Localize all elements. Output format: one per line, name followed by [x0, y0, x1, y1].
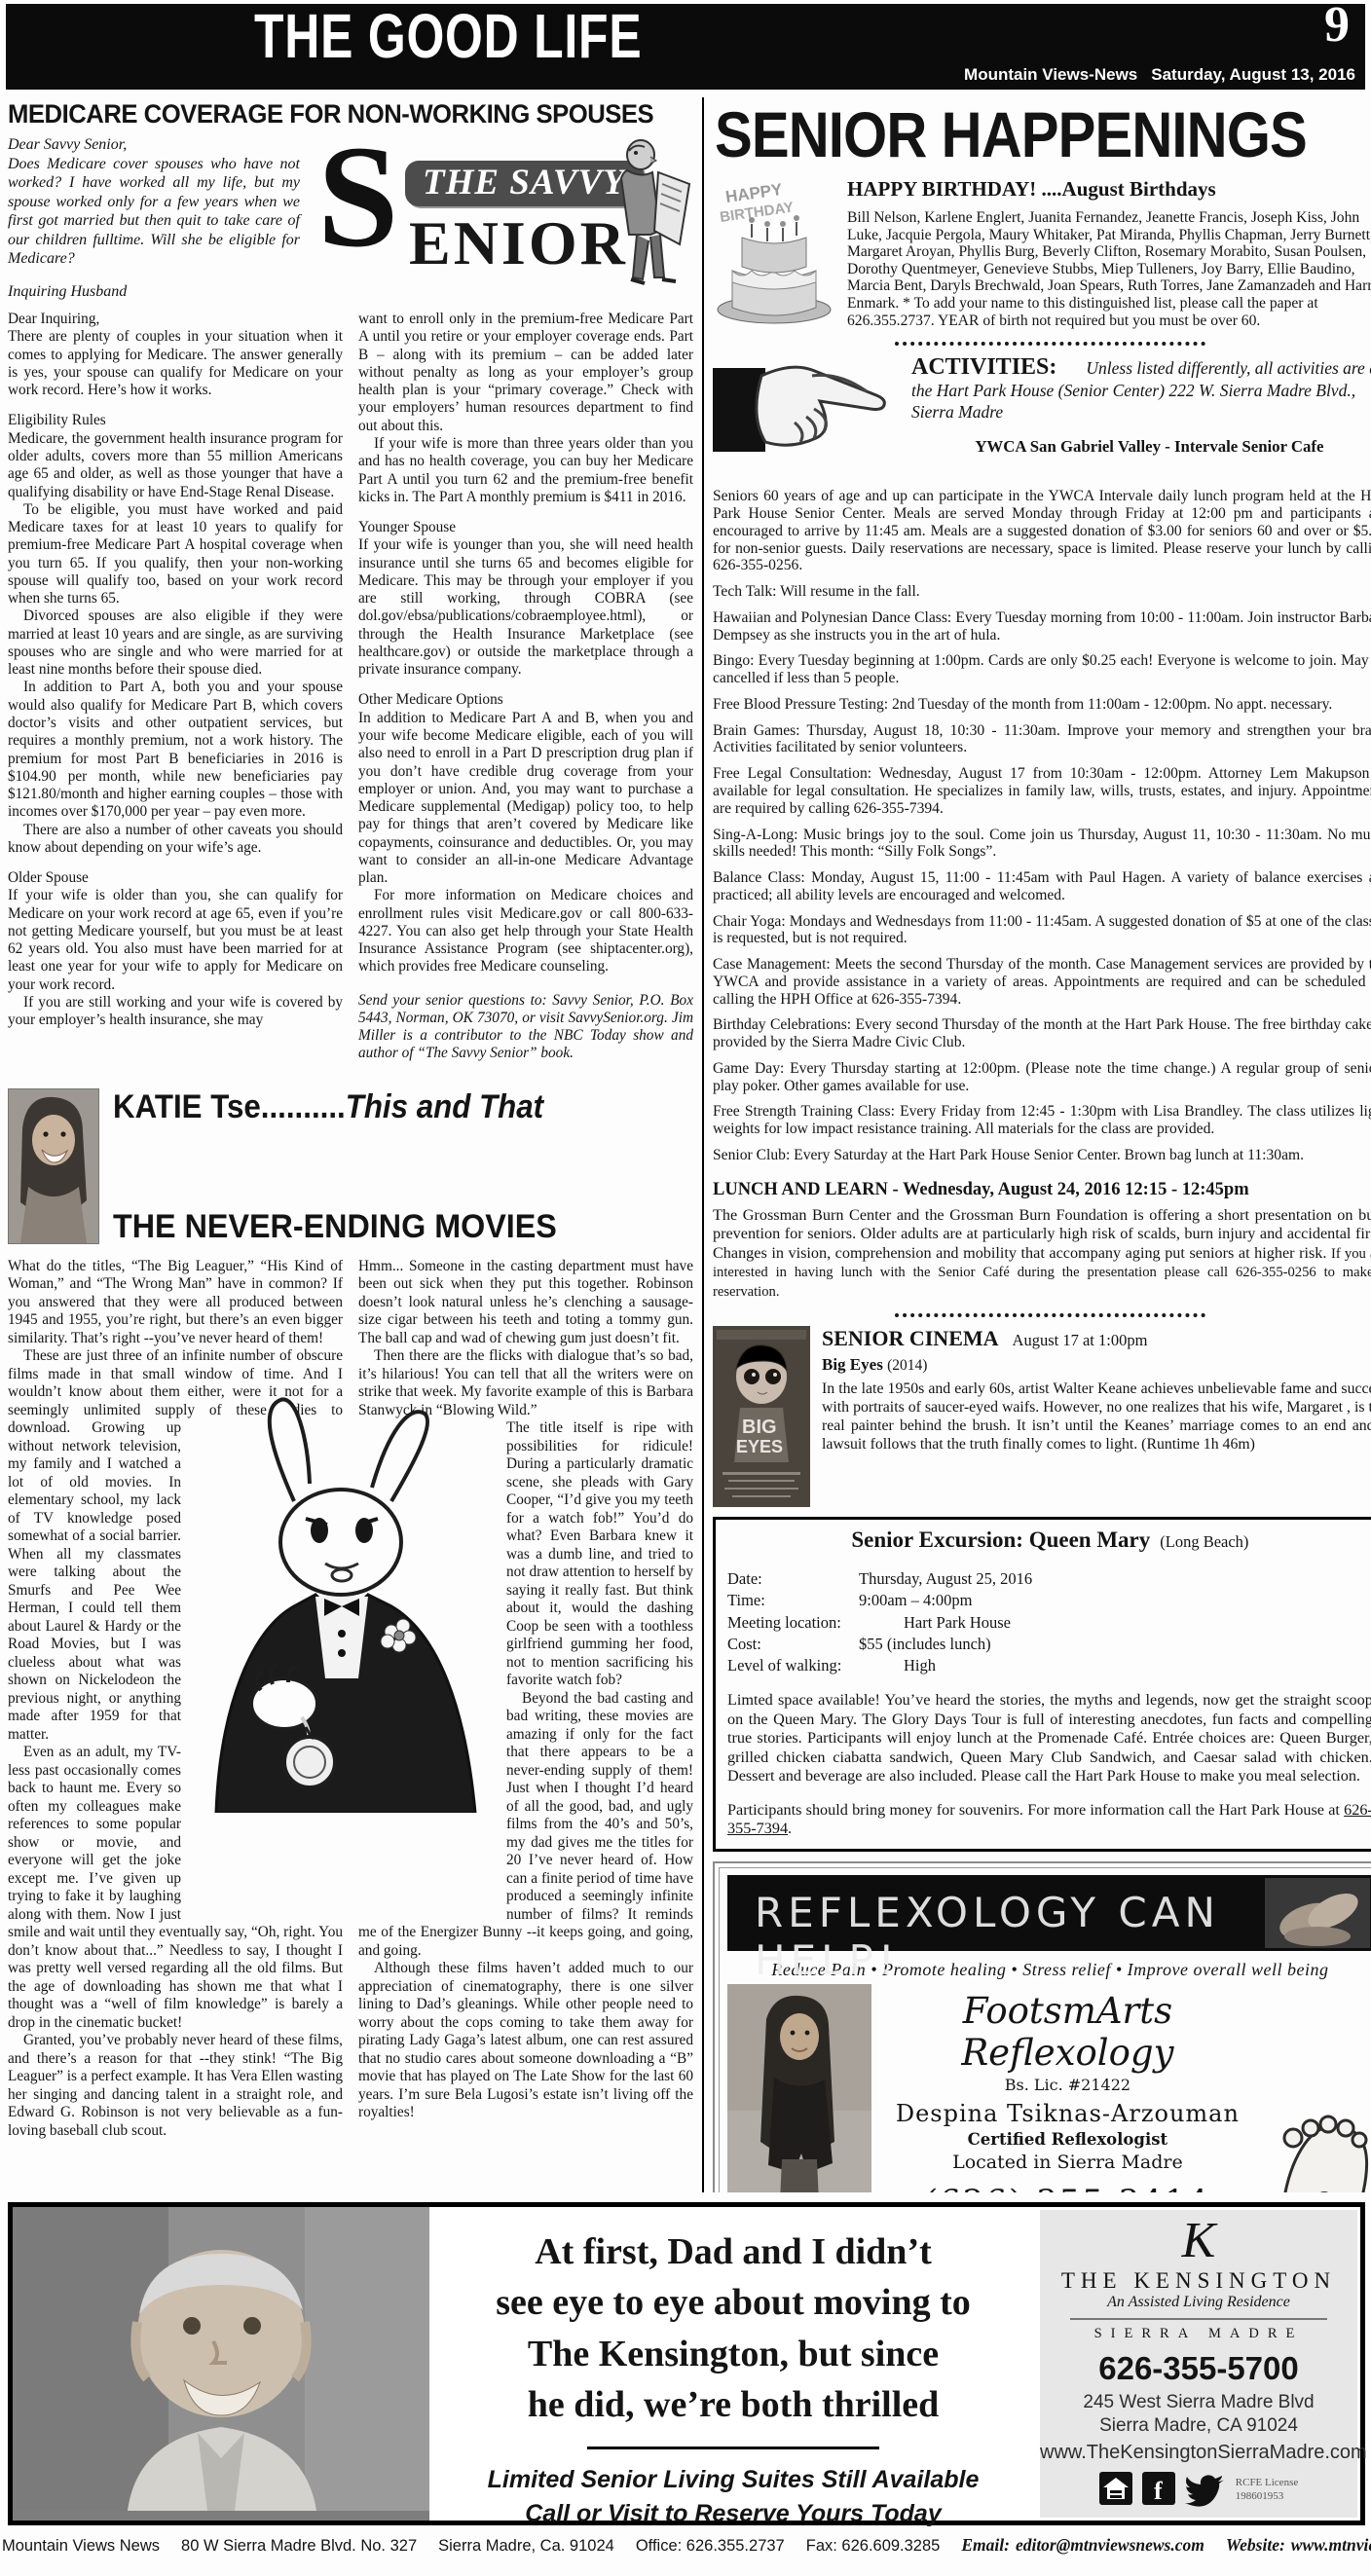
paragraph: If your wife is older than you, she can …: [8, 887, 343, 994]
paragraph: Granted, you’ve probably never heard of …: [8, 2032, 343, 2140]
medicare-intro-row: Dear Savvy Senior, Does Medicare cover s…: [8, 135, 693, 301]
activity-item: Bingo: Every Tuesday beginning at 1:00pm…: [713, 652, 1371, 687]
kensington-info-panel: K THE KENSINGTON An Assisted Living Resi…: [1040, 2210, 1357, 2518]
left-section: MEDICARE COVERAGE FOR NON-WORKING SPOUSE…: [8, 97, 693, 2192]
medicare-columns: Dear Inquiring, There are plenty of coup…: [8, 311, 693, 1063]
activity-item: Balance Class: Monday, August 15, 11:00 …: [713, 869, 1371, 904]
reflexology-text: FootsmArts Reflexology Bs. Lic. #21422 D…: [879, 1984, 1256, 2192]
paragraph: In addition to Medicare Part A and B, wh…: [358, 710, 693, 888]
activity-item: Free Legal Consultation: Wednesday, Augu…: [713, 765, 1371, 817]
pointing-hand-icon: [713, 354, 896, 473]
activity-item: Hawaiian and Polynesian Dance Class: Eve…: [713, 609, 1371, 644]
detail-value: $55 (includes lunch): [859, 1635, 991, 1653]
dotted-separator: [895, 1313, 1205, 1317]
page-content: MEDICARE COVERAGE FOR NON-WORKING SPOUSE…: [0, 90, 1371, 2192]
reflexology-content: FootsmArts Reflexology Bs. Lic. #21422 D…: [727, 1984, 1371, 2192]
footer-office: Office: 626.355.2737: [636, 2537, 785, 2556]
movies-article-title: THE NEVER-ENDING MOVIES: [113, 1208, 557, 1246]
detail-label: Cost:: [727, 1634, 859, 1655]
detail-label: Time:: [727, 1590, 859, 1611]
activity-item: Senior Club: Every Saturday at the Hart …: [713, 1147, 1371, 1164]
paragraph-part: The title itself is ripe with possibilit…: [506, 1419, 693, 1688]
facebook-icon: f: [1142, 2472, 1175, 2509]
paragraph: What do the titles, “The Big Leaguer,” “…: [8, 1258, 343, 1348]
senior-man-photo: [13, 2207, 429, 2521]
headline-line: The Kensington, but since: [429, 2329, 1037, 2379]
big-eyes-poster: BIG EYES: [713, 1326, 810, 1507]
business-license: Bs. Lic. #21422: [879, 2076, 1256, 2094]
reflexology-ad-inner: REFLEXOLOGY CAN HELP! Reduce Pain • Prom…: [719, 1867, 1371, 2192]
paper-name: Mountain Views-News: [964, 65, 1137, 84]
kensington-ad: At first, Dad and I didn’t see eye to ey…: [8, 2202, 1365, 2525]
practitioner-title: Certified Reflexologist: [879, 2130, 1256, 2149]
issue-date: Saturday, August 13, 2016: [1151, 65, 1355, 84]
detail-row: Date:Thursday, August 25, 2016: [727, 1568, 1371, 1590]
website-label: Website:: [1226, 2535, 1285, 2556]
lunch-text: The Grossman Burn Center and the Grossma…: [713, 1206, 1371, 1262]
savvy-senior-logo: S THE SAVVY ENIOR: [312, 135, 693, 289]
excursion-title: Senior Excursion: Queen Mary(Long Beach): [727, 1527, 1371, 1553]
newspaper-reader-cartoon: [608, 137, 691, 285]
paragraph: Although these films haven’t added much …: [358, 1960, 693, 2122]
massage-hands-photo: [1265, 1878, 1370, 1948]
footer-paper: Mountain Views News: [2, 2537, 160, 2556]
paragraph: Divorced spouses are also eligible if th…: [8, 607, 343, 679]
senior-cinema-heading: SENIOR CINEMAAugust 17 at 1:00pm: [822, 1326, 1371, 1351]
column-divider: [702, 97, 704, 2192]
kensington-logo: K: [1040, 2216, 1357, 2266]
note-text: Participants should bring money for souv…: [727, 1801, 1344, 1819]
intro-question: Does Medicare cover spouses who have not…: [8, 155, 300, 269]
paragraph: There are also a number of other caveats…: [8, 822, 343, 858]
medicare-column-2: want to enroll only in the premium-free …: [358, 311, 693, 1063]
paragraph: If you are still working and your wife i…: [8, 994, 343, 1030]
excursion-description: Limted space available! You’ve heard the…: [727, 1691, 1371, 1785]
medicare-column-1: Dear Inquiring, There are plenty of coup…: [8, 311, 343, 1063]
note-text: .: [788, 1820, 792, 1837]
subheading: Eligibility Rules: [8, 412, 343, 429]
paragraph: Medicare, the government health insuranc…: [8, 430, 343, 501]
license-line: 198601953: [1236, 2490, 1284, 2502]
senior-cinema-block: BIG EYES SENIOR CINEMAAugust 17 at 1:00p…: [713, 1326, 1371, 1507]
email-value: editor@mtnviewsnews.com: [1016, 2535, 1204, 2556]
subheading: Younger Spouse: [358, 519, 693, 536]
panel-divider: [1070, 2318, 1327, 2320]
paragraph: To be eligible, you must have worked and…: [8, 501, 343, 608]
detail-row: Time:9:00am – 4:00pm: [727, 1590, 1371, 1611]
headline-divider: [587, 2447, 879, 2449]
website-value: www.mtnviewsnews.com: [1291, 2535, 1371, 2556]
license-line: RCFE License: [1236, 2477, 1298, 2488]
logo-enior: ENIOR: [409, 207, 628, 279]
footer-website: Website:www.mtnviewsnews.com: [1226, 2535, 1371, 2556]
katie-column-header: KATIE Tse..........This and That THE NEV…: [8, 1088, 693, 1246]
kensington-phone: 626-355-5700: [1040, 2350, 1357, 2387]
kensington-brand: THE KENSINGTON: [1040, 2268, 1357, 2294]
lunch-and-learn-heading: LUNCH AND LEARN - Wednesday, August 24, …: [713, 1180, 1371, 1200]
business-location: Located in Sierra Madre: [879, 2152, 1256, 2173]
paragraph: For more information on Medicare choices…: [358, 887, 693, 975]
practitioner-name: Despina Tsiknas-Arzouman: [879, 2100, 1256, 2127]
address-line: 245 West Sierra Madre Blvd: [1083, 2392, 1314, 2412]
lunch-and-learn-body: The Grossman Burn Center and the Grossma…: [713, 1206, 1371, 1301]
activity-item: Brain Games: Thursday, August 18, 10:30 …: [713, 722, 1371, 757]
foot-reflexology-diagram: [1264, 2111, 1371, 2192]
rcfe-license: RCFE License198601953: [1236, 2477, 1298, 2502]
call-visit-line: Call or Visit to Reserve Yours Today: [429, 2497, 1037, 2531]
detail-label: Meeting location:: [727, 1612, 859, 1634]
masthead: THE GOOD LIFE 9 Mountain Views-NewsSatur…: [6, 4, 1365, 90]
detail-value: 9:00am – 4:00pm: [859, 1591, 972, 1609]
excursion-location: (Long Beach): [1160, 1532, 1248, 1551]
intro-salutation: Dear Savvy Senior,: [8, 135, 300, 155]
activity-item: Seniors 60 years of age and up can parti…: [713, 488, 1371, 574]
katie-header-text: KATIE Tse..........This and That THE NEV…: [113, 1088, 580, 1246]
movie-title-line: Big Eyes (2014): [822, 1355, 1371, 1375]
headline-line: At first, Dad and I didn’t: [429, 2226, 1037, 2277]
kensington-address: 245 West Sierra Madre BlvdSierra Madre, …: [1040, 2391, 1357, 2438]
svg-text:BIG: BIG: [742, 1417, 777, 1438]
katie-byline: KATIE Tse..........This and That: [113, 1088, 543, 1126]
equal-housing-icon: [1099, 2472, 1132, 2509]
movie-title: Big Eyes: [822, 1355, 883, 1374]
cinema-date: August 17 at 1:00pm: [1013, 1331, 1148, 1349]
movie-description: In the late 1950s and early 60s, artist …: [822, 1380, 1371, 1454]
excursion-note: Participants should bring money for souv…: [727, 1801, 1371, 1839]
activities-intro: ACTIVITIES: Unless listed differently, a…: [713, 354, 1371, 479]
medicare-article: MEDICARE COVERAGE FOR NON-WORKING SPOUSE…: [8, 99, 693, 1063]
dotted-separator: [895, 342, 1205, 346]
svg-text:EYES: EYES: [736, 1437, 783, 1456]
paragraph: In addition to Part A, both you and your…: [8, 679, 343, 821]
detail-value: Thursday, August 25, 2016: [859, 1569, 1032, 1588]
activity-item: Chair Yoga: Mondays and Wednesdays from …: [713, 913, 1371, 948]
footer-address: 80 W Sierra Madre Blvd. No. 327: [181, 2537, 417, 2556]
queen-mary-box: Senior Excursion: Queen Mary(Long Beach)…: [713, 1517, 1371, 1851]
twitter-icon: [1185, 2472, 1226, 2509]
senior-happenings-title: SENIOR HAPPENINGS: [715, 97, 1307, 171]
intro-signature: Inquiring Husband: [8, 282, 300, 302]
reflexology-banner: REFLEXOLOGY CAN HELP!: [727, 1875, 1371, 1951]
movies-article: What do the titles, “The Big Leaguer,” “…: [8, 1258, 693, 2141]
activity-item: Case Management: Meets the second Thursd…: [713, 956, 1371, 1008]
kensington-brand-sub: An Assisted Living Residence: [1040, 2294, 1357, 2311]
reflexologist-photo: [727, 1984, 871, 2192]
detail-row: Level of walking:High: [727, 1655, 1371, 1676]
activity-item: Sing-A-Long: Music brings joy to the sou…: [713, 827, 1371, 862]
page-number: 9: [1324, 0, 1350, 54]
detail-label: Level of walking:: [727, 1655, 859, 1676]
activity-item: Free Strength Training Class: Every Frid…: [713, 1103, 1371, 1138]
birthday-block: HAPPY BIRTHDAY HAPPY BIRTHDAY! ....Augus…: [713, 177, 1371, 329]
newspaper-page: THE GOOD LIFE 9 Mountain Views-NewsSatur…: [0, 0, 1371, 2576]
activity-item: Tech Talk: Will resume in the fall.: [713, 583, 1371, 601]
footer-email: Email:editor@mtnviewsnews.com: [961, 2535, 1204, 2556]
detail-value: Hart Park House: [859, 1613, 1011, 1632]
suites-available-line: Limited Senior Living Suites Still Avail…: [429, 2463, 1037, 2497]
senior-cinema-text: SENIOR CINEMAAugust 17 at 1:00pm Big Eye…: [822, 1326, 1371, 1507]
byline-dots: ..........: [261, 1088, 346, 1125]
kensington-headline: At first, Dad and I didn’t see eye to ey…: [429, 2207, 1037, 2521]
author-note: Send your senior questions to: Savvy Sen…: [358, 992, 693, 1063]
business-phone: (626) 355-3414: [879, 2183, 1256, 2192]
activity-item: Free Blood Pressure Testing: 2nd Tuesday…: [713, 696, 1371, 714]
headline-line: see eye to eye about moving to: [429, 2277, 1037, 2328]
paragraph: If your wife is younger than you, she wi…: [358, 536, 693, 679]
kensington-website: www.TheKensingtonSierraMadre.com: [1040, 2442, 1357, 2464]
birthday-cake-image: HAPPY BIRTHDAY: [713, 177, 835, 325]
detail-row: Meeting location:Hart Park House: [727, 1612, 1371, 1634]
email-label: Email:: [961, 2535, 1010, 2556]
kensington-city: SIERRA MADRE: [1040, 2326, 1357, 2342]
byline-name: KATIE Tse: [113, 1088, 261, 1125]
detail-label: Date:: [727, 1568, 859, 1590]
activities-label: ACTIVITIES:: [911, 354, 1056, 380]
medicare-intro: Dear Savvy Senior, Does Medicare cover s…: [8, 135, 300, 301]
subheading: Other Medicare Options: [358, 691, 693, 709]
excursion-name: Senior Excursion: Queen Mary: [851, 1527, 1150, 1552]
logo-big-s: S: [317, 124, 398, 270]
detail-row: Cost:$55 (includes lunch): [727, 1634, 1371, 1655]
paragraph: Dear Inquiring,: [8, 311, 343, 328]
masthead-subline: Mountain Views-NewsSaturday, August 13, …: [950, 65, 1355, 85]
paragraph: want to enroll only in the premium-free …: [358, 311, 693, 435]
footer-fax: Fax: 626.609.3285: [806, 2537, 941, 2556]
cinema-title: SENIOR CINEMA: [822, 1326, 999, 1350]
address-line: Sierra Madre, CA 91024: [1099, 2415, 1298, 2436]
senior-happenings-section: SENIOR HAPPENINGS HAPPY BIRTHDAY HAPPY B…: [713, 97, 1371, 2192]
svg-text:f: f: [1154, 2477, 1163, 2505]
movie-year: (2014): [887, 1357, 927, 1374]
paragraph: Hmm... Someone in the casting department…: [358, 1258, 693, 1348]
kensington-social-row: f RCFE License198601953: [1040, 2472, 1357, 2509]
page-title: THE GOOD LIFE: [254, 0, 642, 72]
headline-line: he did, we’re both thrilled: [429, 2379, 1037, 2430]
business-name: FootsmArts Reflexology: [879, 1990, 1256, 2074]
activity-item: Birthday Celebrations: Every second Thur…: [713, 1016, 1371, 1051]
reflexology-ad: REFLEXOLOGY CAN HELP! Reduce Pain • Prom…: [713, 1861, 1371, 2192]
paragraph: If your wife is more than three years ol…: [358, 435, 693, 506]
subheading: Older Spouse: [8, 869, 343, 887]
excursion-details: Date:Thursday, August 25, 2016 Time:9:00…: [727, 1568, 1371, 1676]
katie-portrait: [8, 1088, 99, 1244]
paragraph: There are plenty of couples in your situ…: [8, 328, 343, 399]
footer-city: Sierra Madre, Ca. 91024: [438, 2537, 614, 2556]
byline-tagline: This and That: [346, 1088, 543, 1125]
activity-item: Game Day: Every Thursday starting at 12:…: [713, 1060, 1371, 1095]
tuxedo-rabbit-illustration: [201, 1386, 489, 1813]
detail-value: High: [859, 1656, 936, 1674]
